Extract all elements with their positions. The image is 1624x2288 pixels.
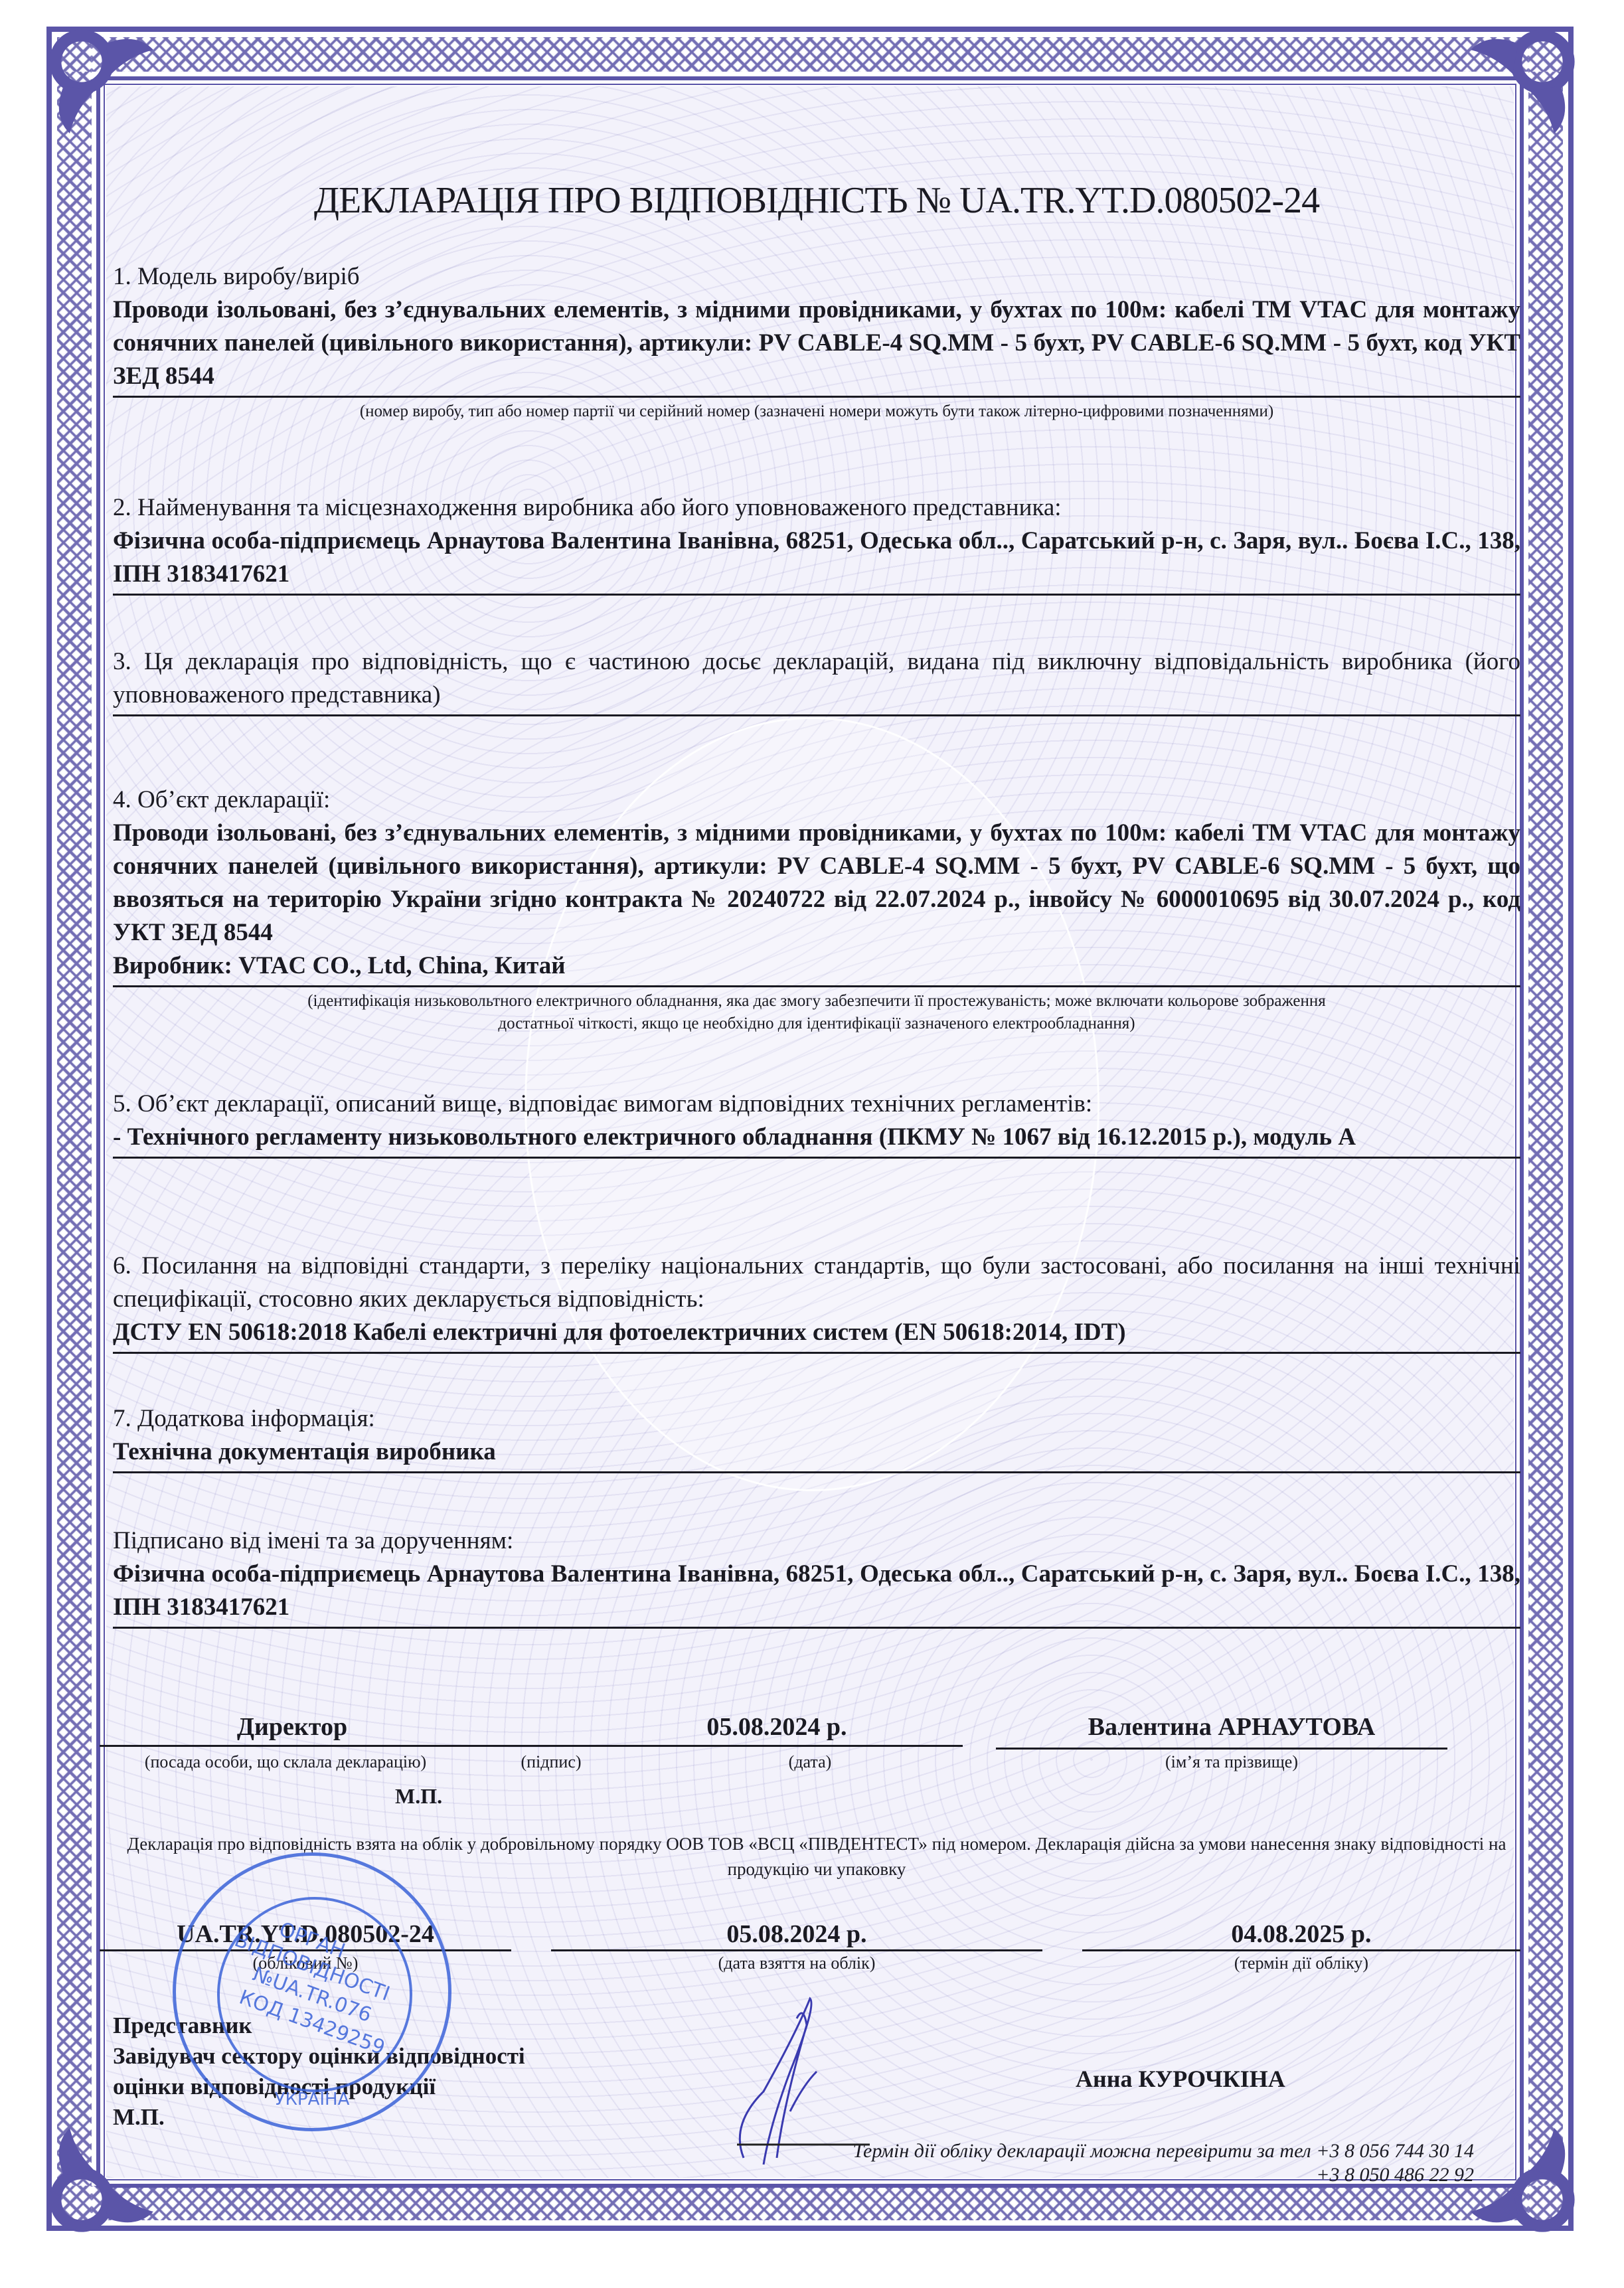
valid-until-caption: (термін дії обліку)	[1082, 1951, 1520, 1975]
section-label: 4. Об’єкт декларації:	[113, 783, 1520, 817]
section-responsibility: 3. Ця декларація про відповідність, що є…	[113, 645, 1520, 716]
stamp-text: УКРАЇНА	[176, 2089, 448, 2109]
divider	[113, 396, 1520, 398]
registration-date-field: 05.08.2024 р. (дата взяття на облік)	[551, 1919, 1042, 1975]
divider	[113, 594, 1520, 596]
section-standards: 6. Посилання на відповідні стандарти, з …	[113, 1250, 1520, 1354]
divider	[113, 1471, 1520, 1473]
section-label: Підписано від імені та за дорученням:	[113, 1524, 1520, 1558]
divider	[113, 1627, 1520, 1629]
valid-until-field: 04.08.2025 р. (термін дії обліку)	[1082, 1919, 1520, 1975]
position-caption: (посада особи, що склала декларацію)	[106, 1750, 465, 1774]
divider	[113, 1352, 1520, 1354]
date-caption: (дата)	[744, 1750, 876, 1774]
handwritten-signature-icon	[724, 1992, 883, 2171]
section-regulations: 5. Об’єкт декларації, описаний вище, від…	[113, 1088, 1520, 1159]
section-hint: достатньої чіткості, якщо це необхідно д…	[113, 1013, 1520, 1035]
section-value: Технічна документація виробника	[113, 1435, 1520, 1469]
section-value: Фізична особа-підприємець Арнаутова Вале…	[113, 525, 1520, 591]
certification-stamp: ОРГАН ВІДПОВІДНОСТІ №UA.TR.076 КОД 13429…	[173, 1852, 451, 2131]
valid-until: 04.08.2025 р.	[1082, 1919, 1520, 1949]
name-value: Валентина АРНАУТОВА	[1009, 1712, 1454, 1742]
section-value: - Технічного регламенту низьковольтного …	[113, 1121, 1520, 1154]
section-value: Проводи ізольовані, без з’єднувальних ел…	[113, 817, 1520, 949]
signature-caption: (підпис)	[485, 1750, 617, 1774]
divider	[113, 985, 1520, 987]
section-label: 5. Об’єкт декларації, описаний вище, від…	[113, 1088, 1520, 1121]
name-caption: (ім’я та прізвище)	[1009, 1750, 1454, 1774]
date-value: 05.08.2024 р.	[644, 1712, 910, 1742]
section-signed-on-behalf: Підписано від імені та за дорученням: Фі…	[113, 1524, 1520, 1629]
date-field: 05.08.2024 р.	[644, 1712, 910, 1742]
registration-date-caption: (дата взяття на облік)	[551, 1951, 1042, 1975]
section-additional-info: 7. Додаткова інформація: Технічна докуме…	[113, 1402, 1520, 1473]
section-hint: (ідентифікація низьковольтного електричн…	[113, 990, 1520, 1013]
registration-date: 05.08.2024 р.	[551, 1919, 1042, 1949]
section-label: 1. Модель виробу/виріб	[113, 260, 1520, 293]
section-hint: (номер виробу, тип або номер партії чи с…	[113, 400, 1520, 423]
section-model: 1. Модель виробу/виріб Проводи ізольован…	[113, 260, 1520, 423]
seal-mark: М.П.	[395, 1781, 442, 1811]
divider	[113, 714, 1520, 716]
name-field: Валентина АРНАУТОВА	[1009, 1712, 1454, 1742]
manufacturer-line: Виробник: VTAC CO., Ltd, China, Китай	[113, 949, 1520, 983]
section-label: 7. Додаткова інформація:	[113, 1402, 1520, 1435]
section-value: Проводи ізольовані, без з’єднувальних ел…	[113, 293, 1520, 393]
name-line	[996, 1748, 1447, 1750]
section-value: Фізична особа-підприємець Арнаутова Вале…	[113, 1558, 1520, 1624]
section-manufacturer: 2. Найменування та місцезнаходження виро…	[113, 491, 1520, 596]
section-label: 6. Посилання на відповідні стандарти, з …	[113, 1250, 1520, 1316]
section-text: 3. Ця декларація про відповідність, що є…	[113, 645, 1520, 712]
divider	[113, 1157, 1520, 1159]
signature-line	[100, 1745, 963, 1747]
ornament-corner-icon	[1465, 20, 1584, 139]
ornament-corner-icon	[1465, 2122, 1584, 2242]
section-label: 2. Найменування та місцезнаходження виро…	[113, 491, 1520, 525]
representative-name: Анна КУРОЧКІНА	[1076, 2064, 1285, 2094]
position-field: Директор	[100, 1712, 485, 1742]
section-object: 4. Об’єкт декларації: Проводи ізольовані…	[113, 783, 1520, 1035]
position-value: Директор	[100, 1712, 485, 1742]
section-value: ДСТУ EN 50618:2018 Кабелі електричні для…	[113, 1316, 1520, 1349]
document-title: ДЕКЛАРАЦІЯ ПРО ВІДПОВІДНІСТЬ № UA.TR.YT.…	[113, 179, 1520, 222]
ornament-corner-icon	[40, 20, 159, 139]
